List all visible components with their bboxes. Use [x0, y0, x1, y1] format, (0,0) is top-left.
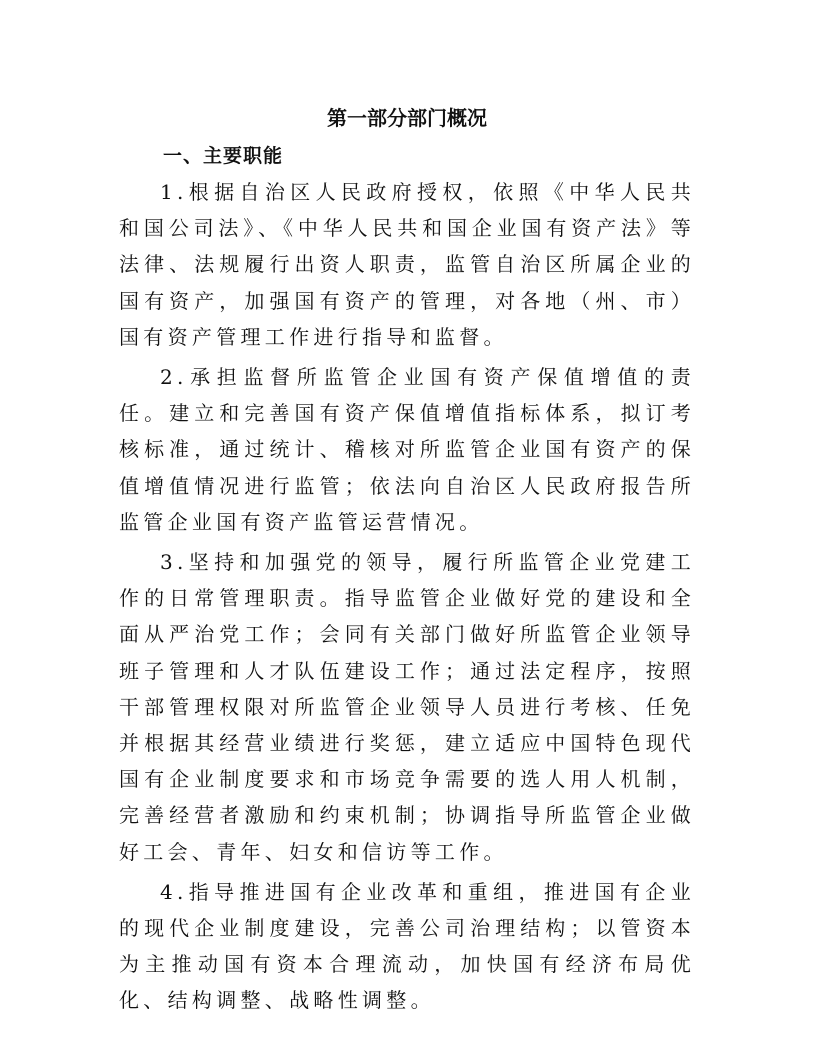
paragraph-1: 1.根据自治区人民政府授权，依照《中华人民共和国公司法》、《中华人民共和国企业国… [119, 174, 695, 355]
document-page: 第一部分部门概况 一、主要职能 1.根据自治区人民政府授权，依照《中华人民共和国… [119, 104, 695, 1019]
paragraph-2: 2.承担监督所监管企业国有资产保值增值的责任。建立和完善国有资产保值增值指标体系… [119, 359, 695, 540]
page-title: 第一部分部门概况 [119, 104, 695, 132]
paragraph-4: 4.指导推进国有企业改革和重组，推进国有企业的现代企业制度建设，完善公司治理结构… [119, 874, 695, 1019]
paragraph-3: 3.坚持和加强党的领导，履行所监管企业党建工作的日常管理职责。指导监管企业做好党… [119, 544, 695, 870]
section-heading: 一、主要职能 [119, 142, 695, 170]
